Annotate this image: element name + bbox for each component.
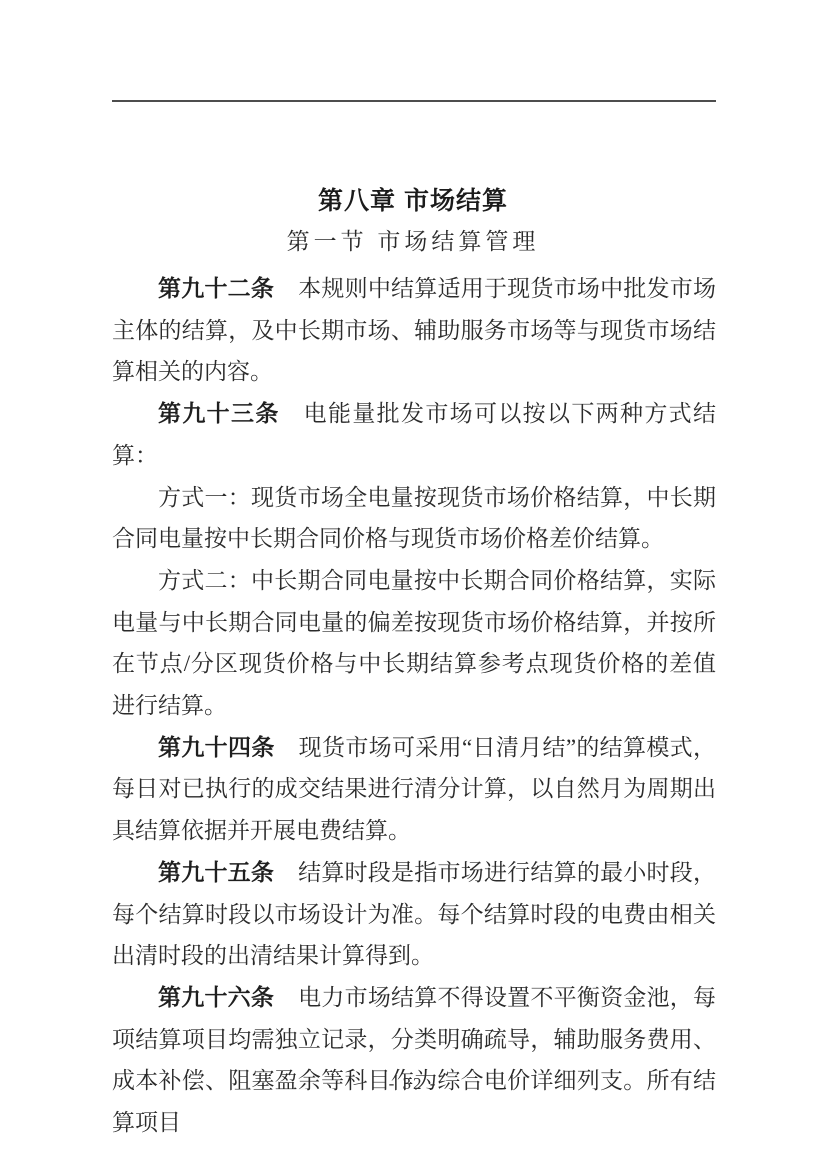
document-body: 第九十二条本规则中结算适用于现货市场中批发市场主体的结算，及中长期市场、辅助服务… bbox=[112, 268, 716, 1144]
document-page: 第八章 市场结算 第一节 市场结算管理 第九十二条本规则中结算适用于现货市场中批… bbox=[0, 0, 826, 1169]
article-text: 方式二：中长期合同电量按中长期合同价格结算，实际电量与中长期合同电量的偏差按现货… bbox=[112, 568, 716, 718]
article-number: 第九十五条 bbox=[158, 860, 298, 885]
article-number: 第九十四条 bbox=[158, 735, 299, 760]
article-text: 方式一：现货市场全电量按现货市场价格结算，中长期合同电量按中长期合同价格与现货市… bbox=[112, 485, 716, 552]
article-paragraph: 第九十六条电力市场结算不得设置不平衡资金池，每项结算项目均需独立记录，分类明确疏… bbox=[112, 977, 716, 1144]
article-paragraph: 方式二：中长期合同电量按中长期合同价格结算，实际电量与中长期合同电量的偏差按现货… bbox=[112, 560, 716, 727]
article-paragraph: 第九十五条结算时段是指市场进行结算的最小时段，每个结算时段以市场设计为准。每个结… bbox=[112, 852, 716, 977]
article-paragraph: 第九十三条电能量批发市场可以按以下两种方式结算： bbox=[112, 393, 716, 476]
header-divider bbox=[112, 100, 716, 102]
chapter-title: 第八章 市场结算 bbox=[0, 186, 826, 216]
article-number: 第九十二条 bbox=[158, 276, 298, 301]
article-paragraph: 第九十二条本规则中结算适用于现货市场中批发市场主体的结算，及中长期市场、辅助服务… bbox=[112, 268, 716, 393]
article-paragraph: 方式一：现货市场全电量按现货市场价格结算，中长期合同电量按中长期合同价格与现货市… bbox=[112, 477, 716, 560]
article-paragraph: 第九十四条现货市场可采用“日清月结”的结算模式，每日对已执行的成交结果进行清分计… bbox=[112, 727, 716, 852]
article-number: 第九十六条 bbox=[158, 985, 298, 1010]
page-number: - 32 - bbox=[0, 1074, 826, 1094]
article-number: 第九十三条 bbox=[158, 401, 304, 426]
section-title: 第一节 市场结算管理 bbox=[0, 227, 826, 257]
